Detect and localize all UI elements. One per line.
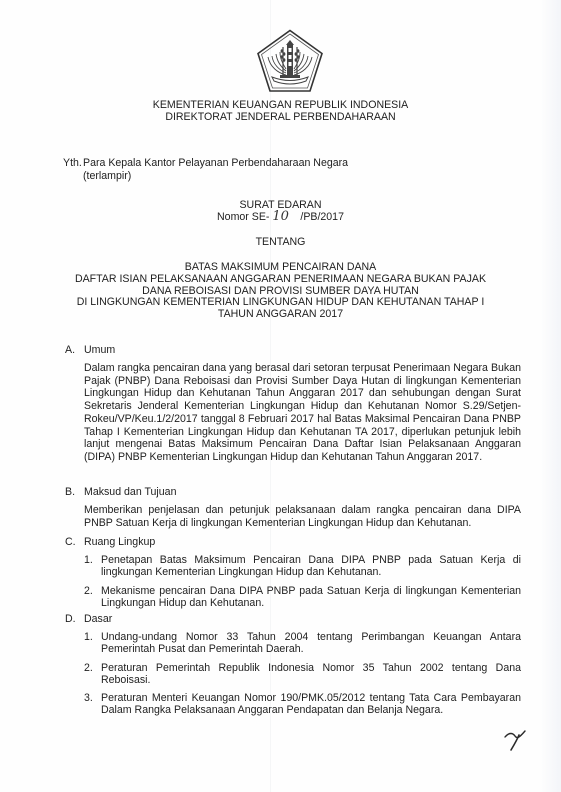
addressee-recipient: Para Kepala Kantor Pelayanan Perbendahar… — [83, 157, 348, 169]
section-letter: C. — [65, 536, 84, 548]
list-item: 3.Peraturan Menteri Keuangan Nomor 190/P… — [84, 692, 521, 717]
section-heading: A.Umum — [65, 344, 521, 356]
section-letter: D. — [65, 613, 84, 625]
list-number: 3. — [84, 692, 101, 717]
addressee-block: Yth.Para Kepala Kantor Pelayanan Perbend… — [63, 157, 348, 182]
circular-number-handwritten: 10 — [272, 211, 300, 223]
section-title: Dasar — [84, 613, 112, 625]
circular-heading: SURAT EDARAN Nomor SE- 10/PB/2017 — [0, 199, 561, 223]
list-item: 1.Penetapan Batas Maksimum Pencairan Dan… — [84, 554, 521, 579]
circular-number: Nomor SE- 10/PB/2017 — [0, 211, 561, 223]
about-label: TENTANG — [0, 236, 561, 248]
section-title: Maksud dan Tujuan — [84, 486, 176, 498]
kemenkeu-emblem-icon — [256, 29, 324, 93]
section-heading: C.Ruang Lingkup — [65, 536, 521, 548]
circular-number-suffix: /PB/2017 — [300, 211, 344, 223]
list-item: 2.Mekanisme pencairan Dana DIPA PNBP pad… — [84, 585, 521, 610]
section-general: A.Umum Dalam rangka pencairan dana yang … — [65, 344, 521, 464]
list-item: 2.Peraturan Pemerintah Republik Indonesi… — [84, 662, 521, 687]
list-text: Mekanisme pencairan Dana DIPA PNBP pada … — [101, 585, 521, 610]
section-letter: A. — [65, 344, 84, 356]
subject-line: TAHUN ANGGARAN 2017 — [0, 309, 561, 321]
addressee-note: (terlampir) — [83, 170, 131, 182]
section-heading: D.Dasar — [65, 613, 521, 625]
list-number: 2. — [84, 585, 101, 610]
list-text: Undang-undang Nomor 33 Tahun 2004 tentan… — [101, 631, 521, 656]
section-title: Umum — [84, 344, 115, 356]
directorate-name: DIREKTORAT JENDERAL PERBENDAHARAAN — [0, 111, 561, 123]
section-title: Ruang Lingkup — [84, 536, 155, 548]
section-purpose: B.Maksud dan Tujuan Memberikan penjelasa… — [65, 486, 521, 529]
section-body: Dalam rangka pencairan dana yang berasal… — [84, 362, 521, 464]
list-text: Peraturan Menteri Keuangan Nomor 190/PMK… — [101, 692, 521, 717]
subject-line: DAFTAR ISIAN PELAKSANAAN ANGGARAN PENERI… — [0, 274, 561, 286]
section-body: Memberikan penjelasan dan petunjuk pelak… — [84, 504, 521, 529]
list-number: 1. — [84, 554, 101, 579]
list-number: 1. — [84, 631, 101, 656]
section-heading: B.Maksud dan Tujuan — [65, 486, 521, 498]
ministry-name: KEMENTERIAN KEUANGAN REPUBLIK INDONESIA — [0, 99, 561, 111]
list-text: Penetapan Batas Maksimum Pencairan Dana … — [101, 554, 521, 579]
section-legal-basis: D.Dasar 1.Undang-undang Nomor 33 Tahun 2… — [65, 613, 521, 717]
document-page: KEMENTERIAN KEUANGAN REPUBLIK INDONESIA … — [0, 0, 561, 792]
paraf-initial-icon — [503, 728, 529, 754]
letterhead: KEMENTERIAN KEUANGAN REPUBLIK INDONESIA … — [0, 99, 561, 123]
list-item: 1.Undang-undang Nomor 33 Tahun 2004 tent… — [84, 631, 521, 656]
list-text: Peraturan Pemerintah Republik Indonesia … — [101, 662, 521, 687]
section-letter: B. — [65, 486, 84, 498]
circular-number-prefix: Nomor SE- — [217, 211, 269, 223]
subject-block: BATAS MAKSIMUM PENCAIRAN DANA DAFTAR ISI… — [0, 262, 561, 321]
section-scope: C.Ruang Lingkup 1.Penetapan Batas Maksim… — [65, 536, 521, 609]
list-number: 2. — [84, 662, 101, 687]
addressee-prefix: Yth. — [63, 157, 83, 170]
